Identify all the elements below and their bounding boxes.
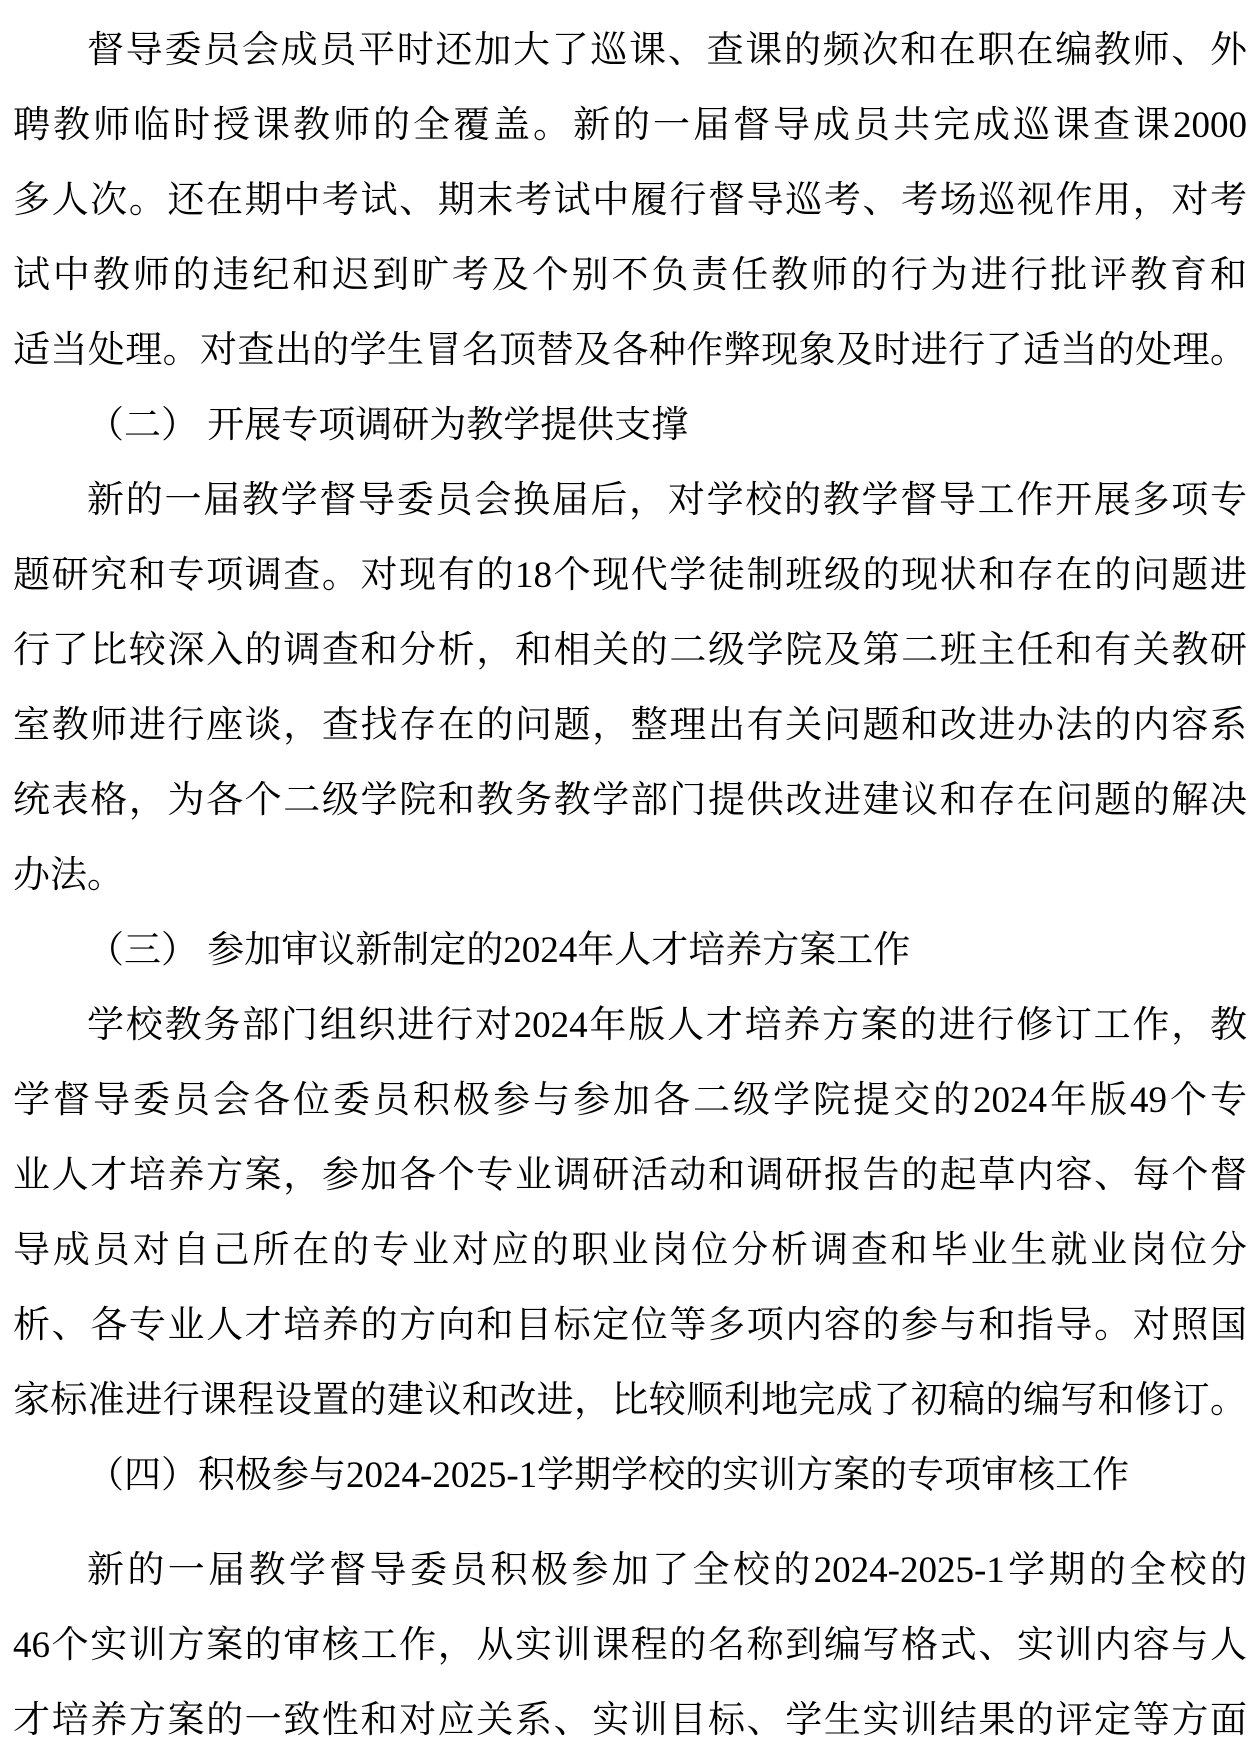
body-text-line: 才培养方案的一致性和对应关系、实训目标、学生实训结果的评定等方面 [13,1683,1247,1758]
body-text-line: 多人次。还在期中考试、期末考试中履行督导巡考、考场巡视作用，对考 [13,163,1247,238]
heading-text-line: （二） 开展专项调研为教学提供支撑 [13,388,1247,463]
body-text-line: 46个实训方案的审核工作，从实训课程的名称到编写格式、实训内容与人 [13,1608,1247,1683]
body-paragraph: 新的一届教学督导委员积极参加了全校的2024-2025-1学期的全校的46个实训… [13,1533,1247,1758]
body-text-line: 家标准进行课程设置的建议和改进，比较顺利地完成了初稿的编写和修订。 [13,1363,1247,1438]
body-text-line: 室教师进行座谈，查找存在的问题，整理出有关问题和改进办法的内容系 [13,688,1247,763]
body-text-line: 业人才培养方案，参加各个专业调研活动和调研报告的起草内容、每个督 [13,1138,1247,1213]
body-paragraph: 督导委员会成员平时还加大了巡课、查课的频次和在职在编教师、外聘教师临时授课教师的… [13,13,1247,388]
body-text-line: 题研究和专项调查。对现有的18个现代学徒制班级的现状和存在的问题进 [13,538,1247,613]
body-text-line: 学校教务部门组织进行对2024年版人才培养方案的进行修订工作，教 [13,988,1247,1063]
section-heading: （四）积极参与2024-2025-1学期学校的实训方案的专项审核工作 [13,1438,1247,1513]
heading-text-line: （四）积极参与2024-2025-1学期学校的实训方案的专项审核工作 [13,1438,1247,1513]
body-text-line: 析、各专业人才培养的方向和目标定位等多项内容的参与和指导。对照国 [13,1288,1247,1363]
body-paragraph: 学校教务部门组织进行对2024年版人才培养方案的进行修订工作，教学督导委员会各位… [13,988,1247,1438]
body-text-line: 试中教师的违纪和迟到旷考及个别不负责任教师的行为进行批评教育和 [13,238,1247,313]
heading-text-line: （三） 参加审议新制定的2024年人才培养方案工作 [13,913,1247,988]
body-text-line: 聘教师临时授课教师的全覆盖。新的一届督导成员共完成巡课查课2000 [13,88,1247,163]
body-paragraph: 新的一届教学督导委员会换届后，对学校的教学督导工作开展多项专题研究和专项调查。对… [13,463,1247,913]
body-text-line: 统表格，为各个二级学院和教务教学部门提供改进建议和存在问题的解决 [13,763,1247,838]
section-heading: （二） 开展专项调研为教学提供支撑 [13,388,1247,463]
body-text-line: 适当处理。对查出的学生冒名顶替及各种作弊现象及时进行了适当的处理。 [13,313,1247,388]
body-text-line: 导成员对自己所在的专业对应的职业岗位分析调查和毕业生就业岗位分 [13,1213,1247,1288]
body-text-line: 新的一届教学督导委员积极参加了全校的2024-2025-1学期的全校的 [13,1533,1247,1608]
body-text-line: 行了比较深入的调查和分析，和相关的二级学院及第二班主任和有关教研 [13,613,1247,688]
body-text-line: 办法。 [13,838,1247,913]
body-text-line: 学督导委员会各位委员积极参与参加各二级学院提交的2024年版49个专 [13,1063,1247,1138]
section-heading: （三） 参加审议新制定的2024年人才培养方案工作 [13,913,1247,988]
body-text-line: 督导委员会成员平时还加大了巡课、查课的频次和在职在编教师、外 [13,13,1247,88]
body-text-line: 新的一届教学督导委员会换届后，对学校的教学督导工作开展多项专 [13,463,1247,538]
document-page: 督导委员会成员平时还加大了巡课、查课的频次和在职在编教师、外聘教师临时授课教师的… [0,0,1260,1764]
